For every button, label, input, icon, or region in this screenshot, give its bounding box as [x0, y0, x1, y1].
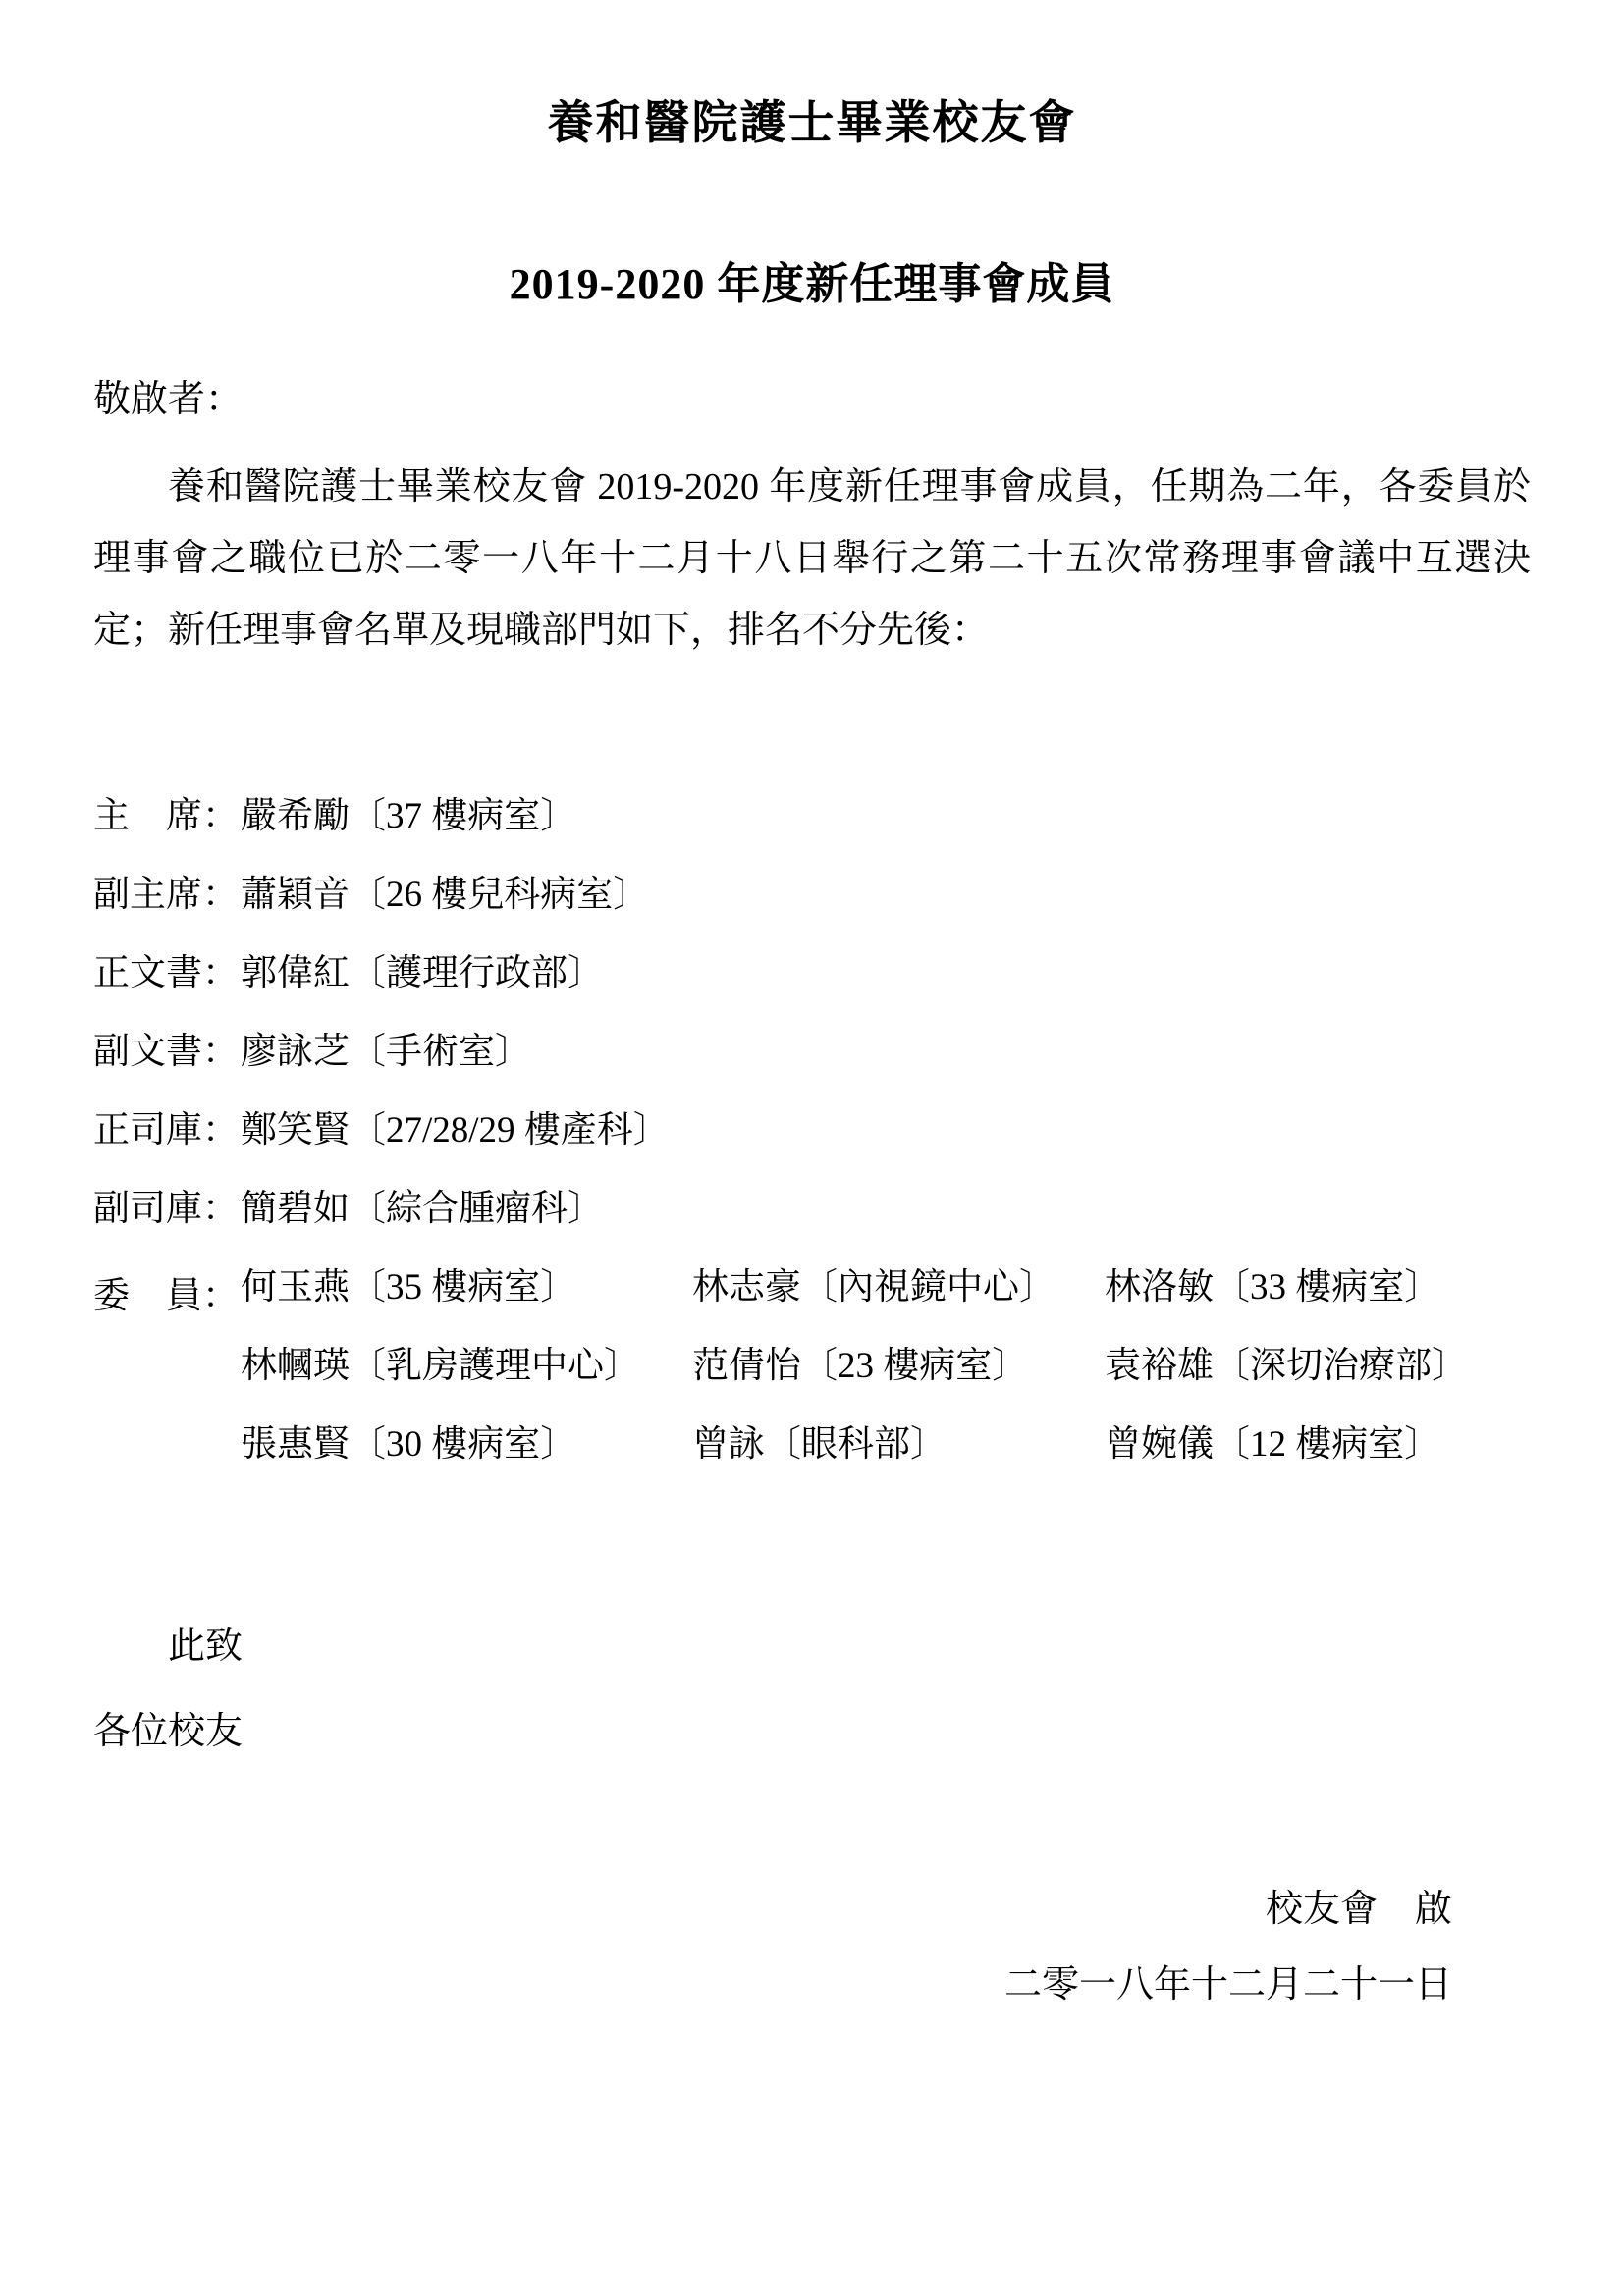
signature-block: 校友會 啟 二零一八年十二月二十一日: [93, 1887, 1531, 2007]
document-page: 養和醫院護士畢業校友會 2019-2020 年度新任理事會成員 敬啟者： 養和醫…: [0, 0, 1624, 2296]
officer-value: 鄭笑賢〔27/28/29 樓產科〕: [241, 1108, 670, 1153]
body-line: 養和醫院護士畢業校友會 2019-2020 年度新任理事會成員，任期為二年，各委…: [93, 452, 1531, 523]
signature: 校友會 啟: [93, 1887, 1452, 1932]
committee-cell: 曾詠〔眼科部〕: [692, 1422, 1105, 1468]
officer-value: 郭偉紅〔護理行政部〕: [241, 951, 604, 996]
body-line: 理事會之職位已於二零一八年十二月十八日舉行之第二十五次常務理事會議中互選決: [93, 523, 1531, 595]
committee-cell: 林洛敏〔33 樓病室〕: [1105, 1265, 1531, 1310]
role-label: 副司庫：: [93, 1187, 241, 1232]
officer-roster: 主 席： 嚴希勵〔37 樓病室〕 副主席： 蕭穎音〔26 樓兒科病室〕 正文書：…: [93, 794, 1531, 1468]
committee-cell: 范倩怡〔23 樓病室〕: [692, 1344, 1105, 1389]
closing-recipient: 各位校友: [93, 1700, 1531, 1754]
role-label: 委 員：: [93, 1265, 241, 1318]
committee-cell: 袁裕雄〔深切治療部〕: [1105, 1344, 1531, 1389]
doc-subtitle: 2019-2020 年度新任理事會成員: [93, 248, 1531, 311]
role-label: 正文書：: [93, 951, 241, 996]
committee-cell: 張惠賢〔30 樓病室〕: [241, 1422, 692, 1468]
committee-cell: 何玉燕〔35 樓病室〕: [241, 1265, 692, 1310]
officer-row: 副司庫： 簡碧如〔綜合腫瘤科〕: [93, 1187, 1531, 1232]
officer-row: 副主席： 蕭穎音〔26 樓兒科病室〕: [93, 873, 1531, 918]
committee-cell: 曾婉儀〔12 樓病室〕: [1105, 1422, 1531, 1468]
officer-value: 廖詠芝〔手術室〕: [241, 1030, 531, 1075]
committee-row: 委 員： 何玉燕〔35 樓病室〕 林志豪〔內視鏡中心〕 林洛敏〔33 樓病室〕 …: [93, 1265, 1531, 1468]
committee-cell: 林志豪〔內視鏡中心〕: [692, 1265, 1105, 1310]
committee-cell: 林幗瑛〔乳房護理中心〕: [241, 1344, 692, 1389]
role-label: 副文書：: [93, 1030, 241, 1075]
role-label: 副主席：: [93, 873, 241, 918]
officer-row: 主 席： 嚴希勵〔37 樓病室〕: [93, 794, 1531, 839]
officer-row: 正文書： 郭偉紅〔護理行政部〕: [93, 951, 1531, 996]
officer-value: 簡碧如〔綜合腫瘤科〕: [241, 1187, 604, 1232]
committee-grid: 何玉燕〔35 樓病室〕 林志豪〔內視鏡中心〕 林洛敏〔33 樓病室〕 林幗瑛〔乳…: [241, 1265, 1531, 1468]
salutation: 敬啟者：: [93, 368, 1531, 422]
closing-cichi: 此致: [93, 1615, 1531, 1669]
body-line: 定；新任理事會名單及現職部門如下，排名不分先後：: [93, 595, 1531, 667]
date-line: 二零一八年十二月二十一日: [93, 1962, 1452, 2007]
role-label: 主 席：: [93, 794, 241, 839]
officer-value: 蕭穎音〔26 樓兒科病室〕: [241, 873, 649, 918]
role-label: 正司庫：: [93, 1108, 241, 1153]
officer-row: 副文書： 廖詠芝〔手術室〕: [93, 1030, 1531, 1075]
officer-value: 嚴希勵〔37 樓病室〕: [241, 794, 576, 839]
officer-row: 正司庫： 鄭笑賢〔27/28/29 樓產科〕: [93, 1108, 1531, 1153]
body-paragraph: 養和醫院護士畢業校友會 2019-2020 年度新任理事會成員，任期為二年，各委…: [93, 452, 1531, 667]
doc-title: 養和醫院護士畢業校友會: [93, 86, 1531, 152]
